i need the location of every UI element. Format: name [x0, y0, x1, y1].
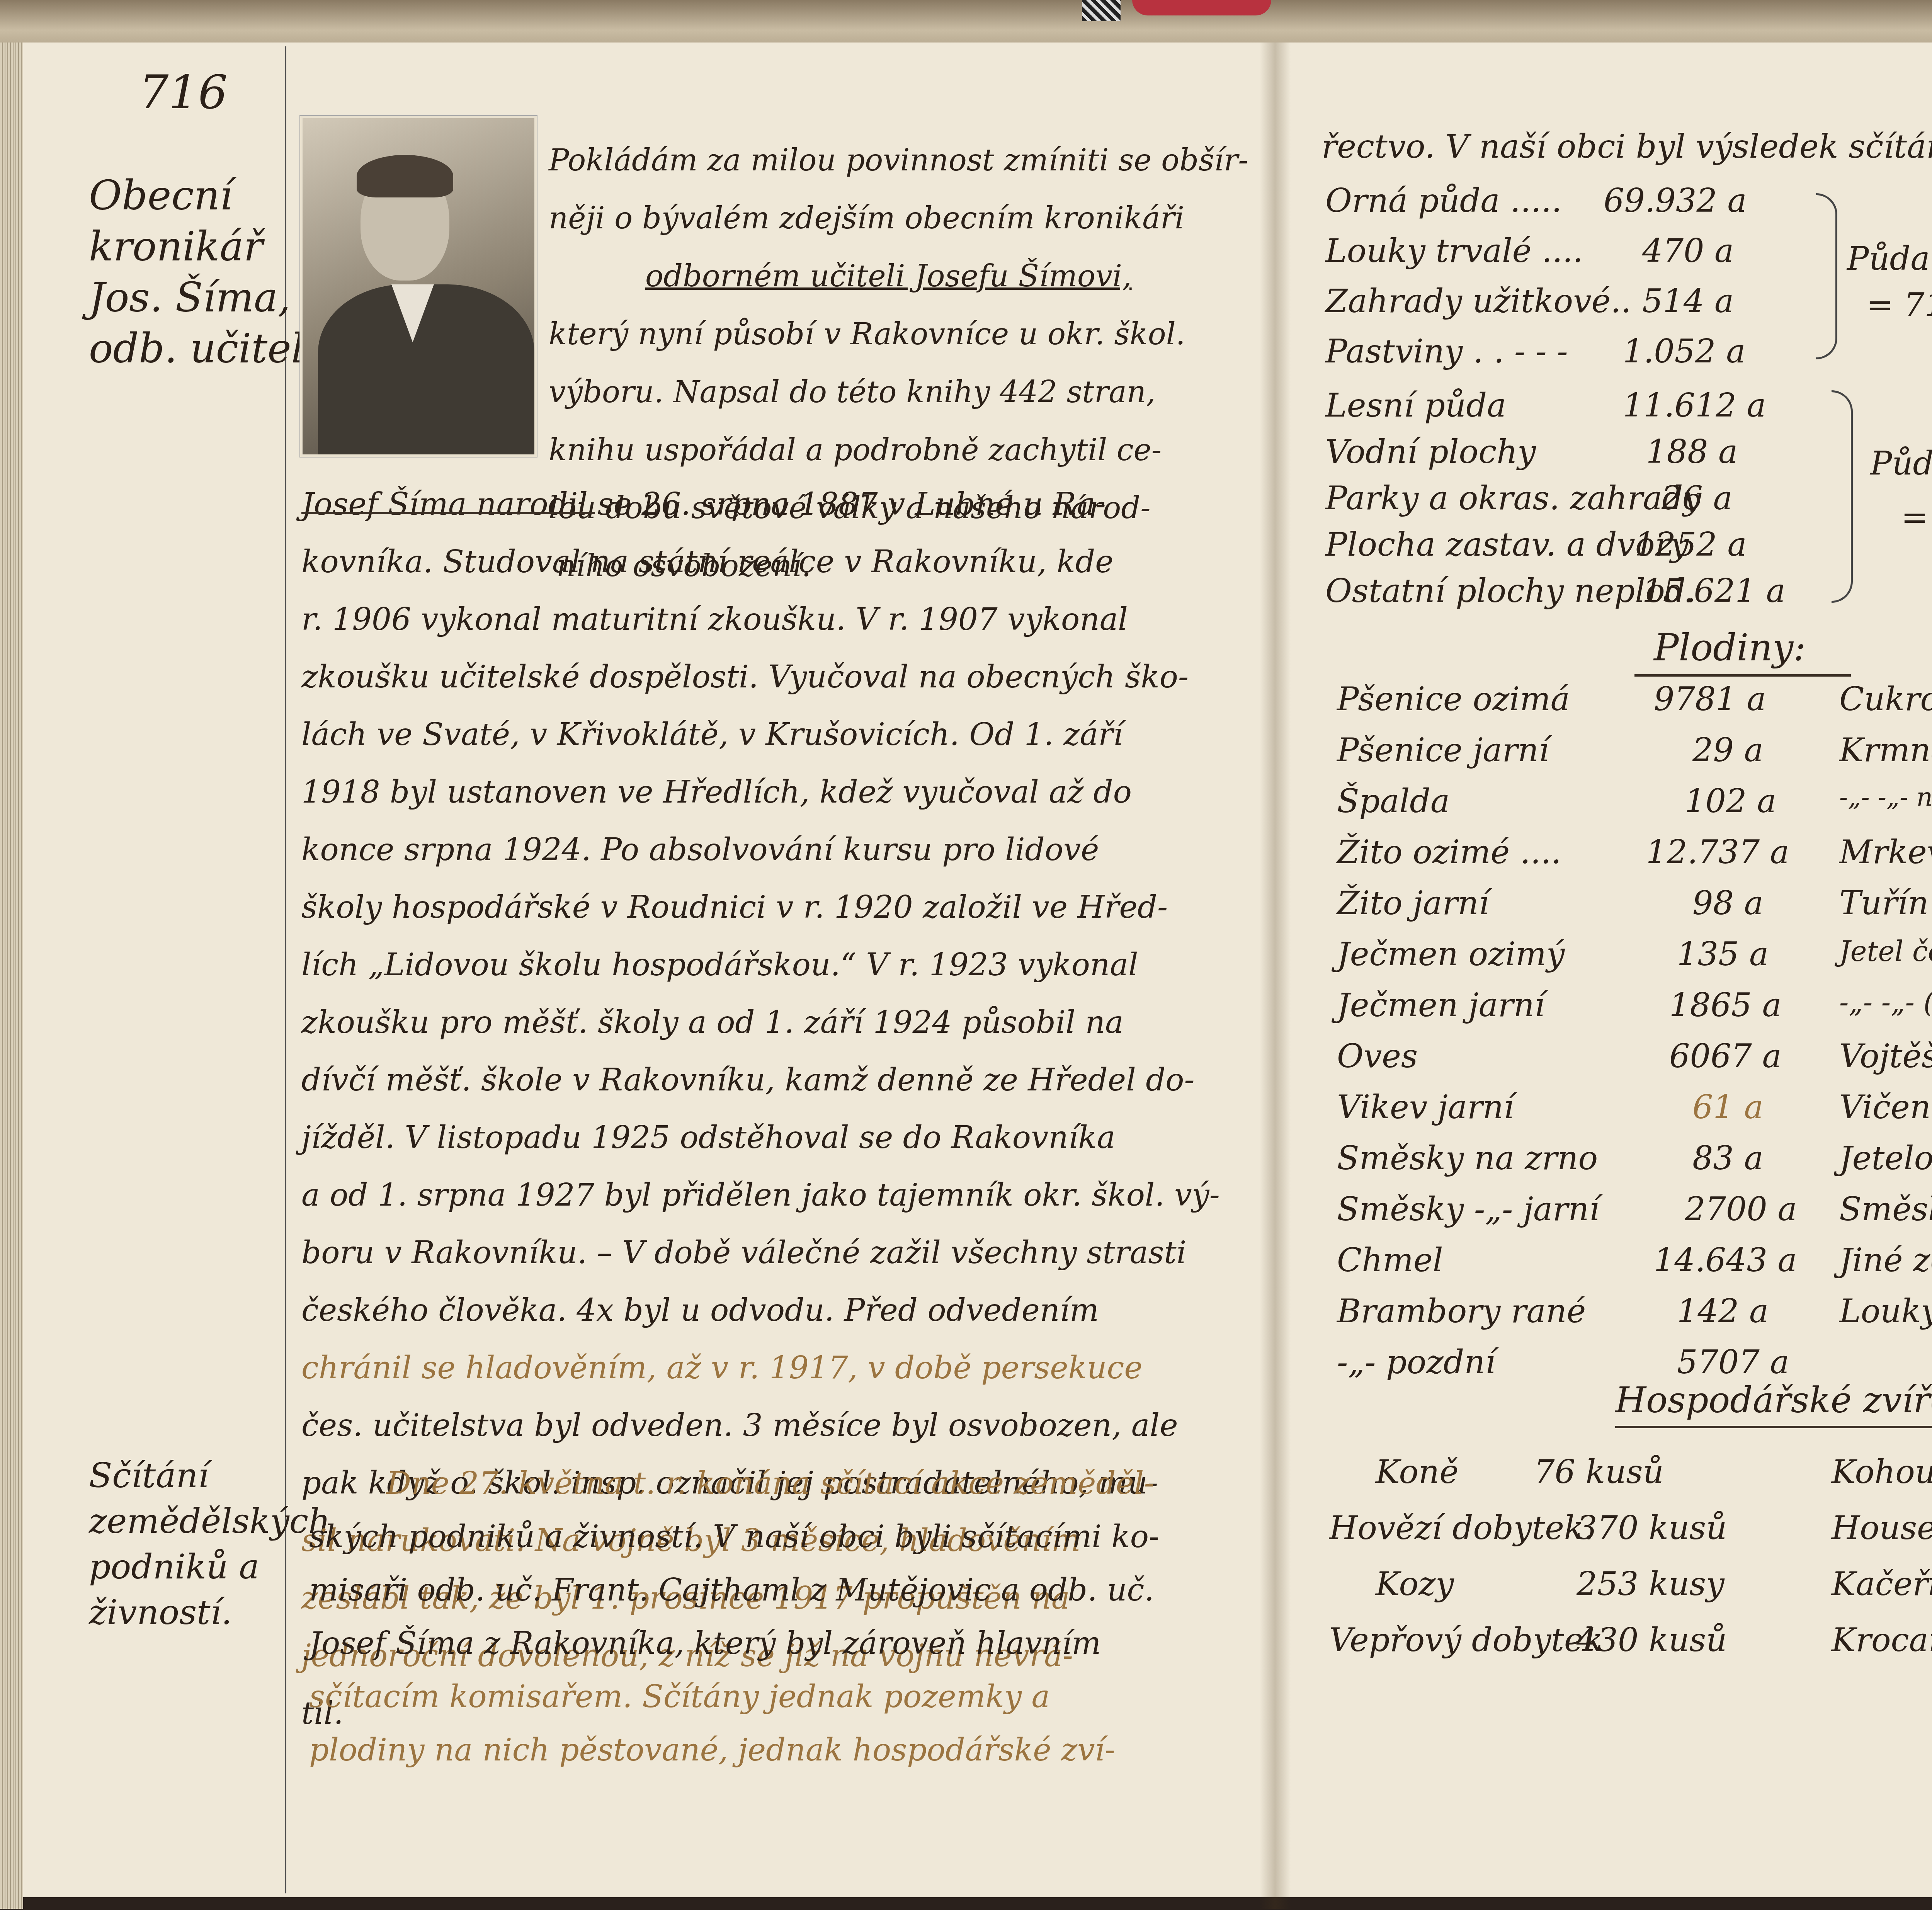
margin-line: živností. — [89, 1590, 330, 1635]
text-line: lích „Lidovou školu hospodářskou.“ V r. … — [301, 936, 1220, 993]
crop-label: Jetelové směsky — [1839, 1139, 1932, 1177]
crop-label: Louky dočasné — [1839, 1292, 1932, 1330]
crop-label: Chmel — [1337, 1241, 1443, 1279]
text-line-underlined: odborném učiteli Josefu Šímovi, — [549, 247, 1248, 305]
land-label: Lesní půda — [1325, 386, 1506, 424]
livestock-value: 253 kusy — [1577, 1565, 1725, 1603]
text-line: Josef Šíma z Rakovníka, který byl zárove… — [309, 1617, 1159, 1670]
crop-value: 61 a — [1692, 1088, 1764, 1126]
crop-row: Směsky -„- jarní2700 a — [1337, 1190, 1832, 1241]
crop-row: Špalda102 a — [1337, 782, 1832, 833]
crop-row: Mrkev krmná69 a — [1839, 833, 1932, 884]
crop-value: 12.737 a — [1646, 833, 1789, 871]
photo-hair — [357, 155, 453, 197]
crop-row: Chmel14.643 a — [1337, 1241, 1832, 1292]
livestock-label: Krocani a krůty — [1832, 1621, 1932, 1659]
livestock-row: Kozy253 kusy — [1329, 1565, 1832, 1621]
crop-value: 9781 a — [1654, 680, 1766, 718]
livestock-row: Koně76 kusů — [1329, 1453, 1832, 1509]
land-row: Orná půda ..... — [1325, 182, 1562, 219]
livestock-row: Vepřový dobytek430 kusů — [1329, 1621, 1832, 1677]
livestock-row: Houseři a husy1906 -„- — [1832, 1509, 1932, 1565]
crop-value: 29 a — [1692, 731, 1764, 769]
land-label: Parky a okras. zahrady — [1325, 479, 1701, 517]
crop-row: Jiné zelené krm.7 a — [1839, 1241, 1932, 1292]
crop-row: Krmná řepa1944 a — [1839, 731, 1932, 782]
crop-row: Oves6067 a — [1337, 1037, 1832, 1088]
text-line: Dne 27. května t. r. konána sčítací akce… — [309, 1457, 1159, 1510]
livestock-value: 430 kusů — [1577, 1621, 1727, 1659]
text-line: a od 1. srpna 1927 byl přidělen jako taj… — [301, 1166, 1220, 1224]
margin-line: podniků a — [89, 1544, 330, 1590]
crop-label: Žito jarní — [1337, 884, 1489, 922]
crop-value: 135 a — [1677, 935, 1769, 973]
livestock-label: Vepřový dobytek — [1329, 1621, 1603, 1659]
land-value: 11.612 a — [1623, 386, 1766, 424]
land-label: Ostatní plochy neplod. — [1325, 572, 1696, 610]
crop-label: Špalda — [1337, 782, 1450, 820]
land-value: 470 a — [1642, 232, 1734, 270]
text-line: výboru. Napsal do této knihy 442 stran, — [549, 363, 1248, 421]
crops-heading: Plodiny: — [1654, 626, 1806, 669]
land-label: Vodní plochy — [1325, 433, 1536, 471]
land-value: 514 a — [1642, 282, 1734, 320]
crop-label: Ječmen ozimý — [1337, 935, 1565, 973]
crop-row: Vojtěška ....8932 a — [1839, 1037, 1932, 1088]
crop-label: Tuřín — [1839, 884, 1929, 922]
land-label: Louky trvalé .... — [1325, 232, 1583, 270]
crop-label: -„- -„- na semeno — [1839, 782, 1932, 812]
text-line: českého člověka. 4x byl u odvodu. Před o… — [301, 1281, 1220, 1339]
crop-row: Jetel červený (2 sečný)2836 a — [1839, 935, 1932, 986]
text-line: zkoušku učitelské dospělosti. Vyučoval n… — [301, 648, 1220, 706]
crop-value: 1865 a — [1669, 986, 1782, 1024]
crop-label: Mrkev krmná — [1839, 833, 1932, 871]
page-number-left: 716 — [139, 66, 228, 119]
crops-heading-underline — [1634, 674, 1851, 677]
crop-label: Vojtěška .... — [1839, 1037, 1932, 1075]
crop-value: 5707 a — [1677, 1343, 1789, 1381]
crops-left-list: Pšenice ozimá9781 a Pšenice jarní29 a Šp… — [1337, 680, 1832, 1394]
livestock-value: 370 kusů — [1577, 1509, 1727, 1547]
crop-label: Brambory rané — [1337, 1292, 1586, 1330]
livestock-heading: Hospodářské zvířectvo: — [1615, 1379, 1932, 1421]
land-value: 188 a — [1646, 433, 1738, 471]
land-row: Zahrady užitkové.. — [1325, 282, 1631, 320]
margin-line: Sčítání — [89, 1453, 330, 1498]
nonagricultural-total-value: = 15.621 a — [1901, 498, 1932, 536]
crops-right-list: Cukrovka125 a Krmná řepa1944 a -„- -„- n… — [1839, 680, 1932, 1343]
text-line: dívčí měšť. škole v Rakovníku, kamž denn… — [301, 1051, 1220, 1109]
text-line: Josef Šíma narodil se 26. srpna 1887 v L… — [301, 475, 1220, 533]
land-value: 1252 a — [1634, 526, 1747, 563]
crop-row: -„- -„- na semeno6 a — [1839, 782, 1932, 833]
crop-row: Louky dočasné31 a — [1839, 1292, 1932, 1343]
text-line: Pokládám za milou povinnost zmíniti se o… — [549, 131, 1248, 189]
land-value: 15.621 a — [1642, 572, 1786, 610]
portrait-photo — [300, 116, 537, 457]
crop-row: Směsky na zrno83 a — [1337, 1139, 1832, 1190]
crop-label: Jetel červený (2 sečný) — [1839, 935, 1932, 968]
crop-row: -„- -„- (1 sečný)312 a — [1839, 986, 1932, 1037]
livestock-row: Hovězí dobytek.370 kusů — [1329, 1509, 1832, 1565]
crop-value: 142 a — [1677, 1292, 1769, 1330]
crop-row: Ječmen jarní1865 a — [1337, 986, 1832, 1037]
agricultural-total-label: Půda zemědělská = — [1847, 240, 1932, 277]
crop-row: Vičenec257 a — [1839, 1088, 1932, 1139]
crop-value: 83 a — [1692, 1139, 1764, 1177]
crop-row: Směsky na zel. krm.1112 a — [1839, 1190, 1932, 1241]
crop-label: Oves — [1337, 1037, 1418, 1075]
land-label: Orná půda ..... — [1325, 182, 1562, 219]
text-line: který nyní působí v Rakovníce u okr. ško… — [549, 305, 1248, 363]
book-gutter — [1260, 43, 1291, 1909]
livestock-left-list: Koně76 kusů Hovězí dobytek.370 kusů Kozy… — [1329, 1453, 1832, 1677]
brace-agricultural — [1816, 193, 1837, 359]
land-value: 69.932 a — [1604, 182, 1747, 219]
text-line: knihu uspořádal a podrobně zachytil ce- — [549, 421, 1248, 479]
crop-row: Žito jarní98 a — [1337, 884, 1832, 935]
name-underline — [301, 512, 595, 514]
text-line: kovníka. Studoval na státní reálce v Rak… — [301, 533, 1220, 590]
crop-label: Žito ozimé .... — [1337, 833, 1561, 871]
livestock-label: Koně — [1329, 1453, 1459, 1491]
text-line: sčítacím komisařem. Sčítány jednak pozem… — [309, 1670, 1159, 1723]
crop-label: Krmná řepa — [1839, 731, 1932, 769]
bookmark-ribbon-red — [1132, 0, 1271, 15]
crop-row: Pšenice jarní29 a — [1337, 731, 1832, 782]
text-line: misaři odb. uč. Frant. Cajthaml z Mutějo… — [309, 1563, 1159, 1617]
livestock-row: Kohouti a slepice3896 kusů — [1832, 1453, 1932, 1509]
margin-line: odb. učitel. — [89, 323, 317, 374]
margin-line: zemědělských — [89, 1498, 330, 1544]
land-value: 1.052 a — [1623, 332, 1745, 370]
crop-label: -„- -„- (1 sečný) — [1839, 986, 1932, 1019]
crop-value: 102 a — [1685, 782, 1776, 820]
livestock-label: Kačeři a kachny — [1832, 1565, 1932, 1603]
crop-label: -„- pozdní — [1337, 1343, 1495, 1381]
crop-label: Směsky -„- jarní — [1337, 1190, 1599, 1228]
crop-value: 98 a — [1692, 884, 1764, 922]
nonagricultural-total-label: Půda nezemědělská = — [1870, 444, 1932, 482]
page-edges-left — [0, 43, 23, 1909]
brace-nonagricultural — [1832, 390, 1853, 603]
land-label: Zahrady užitkové.. — [1325, 282, 1631, 320]
crop-row: Brambory rané142 a — [1337, 1292, 1832, 1343]
crop-label: Vikev jarní — [1337, 1088, 1514, 1126]
crop-label: Pšenice ozimá — [1337, 680, 1570, 718]
text-line: školy hospodářské v Roudnici v r. 1920 z… — [301, 878, 1220, 936]
crop-row: Jetelové směsky146 a — [1839, 1139, 1932, 1190]
text-line: čes. učitelstva byl odveden. 3 měsíce by… — [301, 1396, 1220, 1454]
crop-label: Pšenice jarní — [1337, 731, 1549, 769]
margin-note-census: Sčítání zemědělských podniků a živností. — [89, 1453, 330, 1635]
crop-value: 2700 a — [1685, 1190, 1797, 1228]
crop-row: Tuřín5 a — [1839, 884, 1932, 935]
livestock-label: Kozy — [1329, 1565, 1454, 1603]
bookmark-ribbon-striped — [1082, 0, 1121, 21]
crop-row: Žito ozimé ....12.737 a — [1337, 833, 1832, 884]
crop-row: Cukrovka125 a — [1839, 680, 1932, 731]
margin-line: kronikář — [89, 221, 317, 272]
land-label: Pastviny . . - - - — [1325, 332, 1568, 370]
crop-row: Pšenice ozimá9781 a — [1337, 680, 1832, 731]
crop-label: Ječmen jarní — [1337, 986, 1545, 1024]
text-line: 1918 byl ustanoven ve Hředlích, kdež vyu… — [301, 763, 1220, 821]
text-line: plodiny na nich pěstované, jednak hospod… — [309, 1723, 1159, 1777]
crop-value: 14.643 a — [1654, 1241, 1797, 1279]
text-line: ských podniků a živností. V naší obci by… — [309, 1510, 1159, 1563]
text-line: r. 1906 vykonal maturitní zkoušku. V r. … — [301, 590, 1220, 648]
crop-value: 6067 a — [1669, 1037, 1782, 1075]
land-value: 26 a — [1662, 479, 1733, 517]
margin-line: Jos. Šíma, — [89, 272, 317, 323]
livestock-row: Krocani a krůty49 -„- — [1832, 1621, 1932, 1677]
photo-coat — [318, 284, 534, 454]
text-line: lách ve Svaté, v Křivoklátě, v Krušovicí… — [301, 706, 1220, 763]
livestock-label: Hovězí dobytek. — [1329, 1509, 1594, 1547]
crop-label: Směsky na zel. krm. — [1839, 1190, 1932, 1228]
text-line: konce srpna 1924. Po absolvování kursu p… — [301, 821, 1220, 878]
text-line: něji o bývalém zdejším obecním kronikáři — [549, 189, 1248, 247]
crop-label: Jiné zelené krm. — [1839, 1241, 1932, 1279]
crop-row: Vikev jarní61 a — [1337, 1088, 1832, 1139]
livestock-label: Kohouti a slepice — [1832, 1453, 1932, 1491]
results-intro: řectvo. V naší obci byl výsledek sčítání… — [1321, 128, 1932, 165]
livestock-right-list: Kohouti a slepice3896 kusů Houseři a hus… — [1832, 1453, 1932, 1677]
livestock-label: Houseři a husy — [1832, 1509, 1932, 1547]
census-paragraph: Dne 27. května t. r. konána sčítací akce… — [309, 1457, 1159, 1777]
text-line: chránil se hladověním, až v r. 1917, v d… — [301, 1339, 1220, 1396]
crop-label: Cukrovka — [1839, 680, 1932, 718]
margin-line: Obecní — [89, 170, 317, 221]
livestock-value: 76 kusů — [1534, 1453, 1664, 1491]
agricultural-total-value: = 71.968 a — [1866, 286, 1932, 324]
margin-note-chronicler: Obecní kronikář Jos. Šíma, odb. učitel. — [89, 170, 317, 374]
crop-label: Vičenec — [1839, 1088, 1932, 1126]
text-line: zkoušku pro měšť. školy a od 1. září 192… — [301, 993, 1220, 1051]
text-line: boru v Rakovníku. – V době válečné zažil… — [301, 1224, 1220, 1281]
livestock-row: Kačeři a kachny139 -„- — [1832, 1565, 1932, 1621]
crop-row: Ječmen ozimý135 a — [1337, 935, 1832, 986]
livestock-heading-underline — [1615, 1426, 1932, 1428]
land-row: Pastviny . . - - - — [1325, 332, 1568, 370]
crop-label: Směsky na zrno — [1337, 1139, 1598, 1177]
text-line: jížděl. V listopadu 1925 odstěhoval se d… — [301, 1109, 1220, 1166]
land-row: Louky trvalé .... — [1325, 232, 1583, 270]
